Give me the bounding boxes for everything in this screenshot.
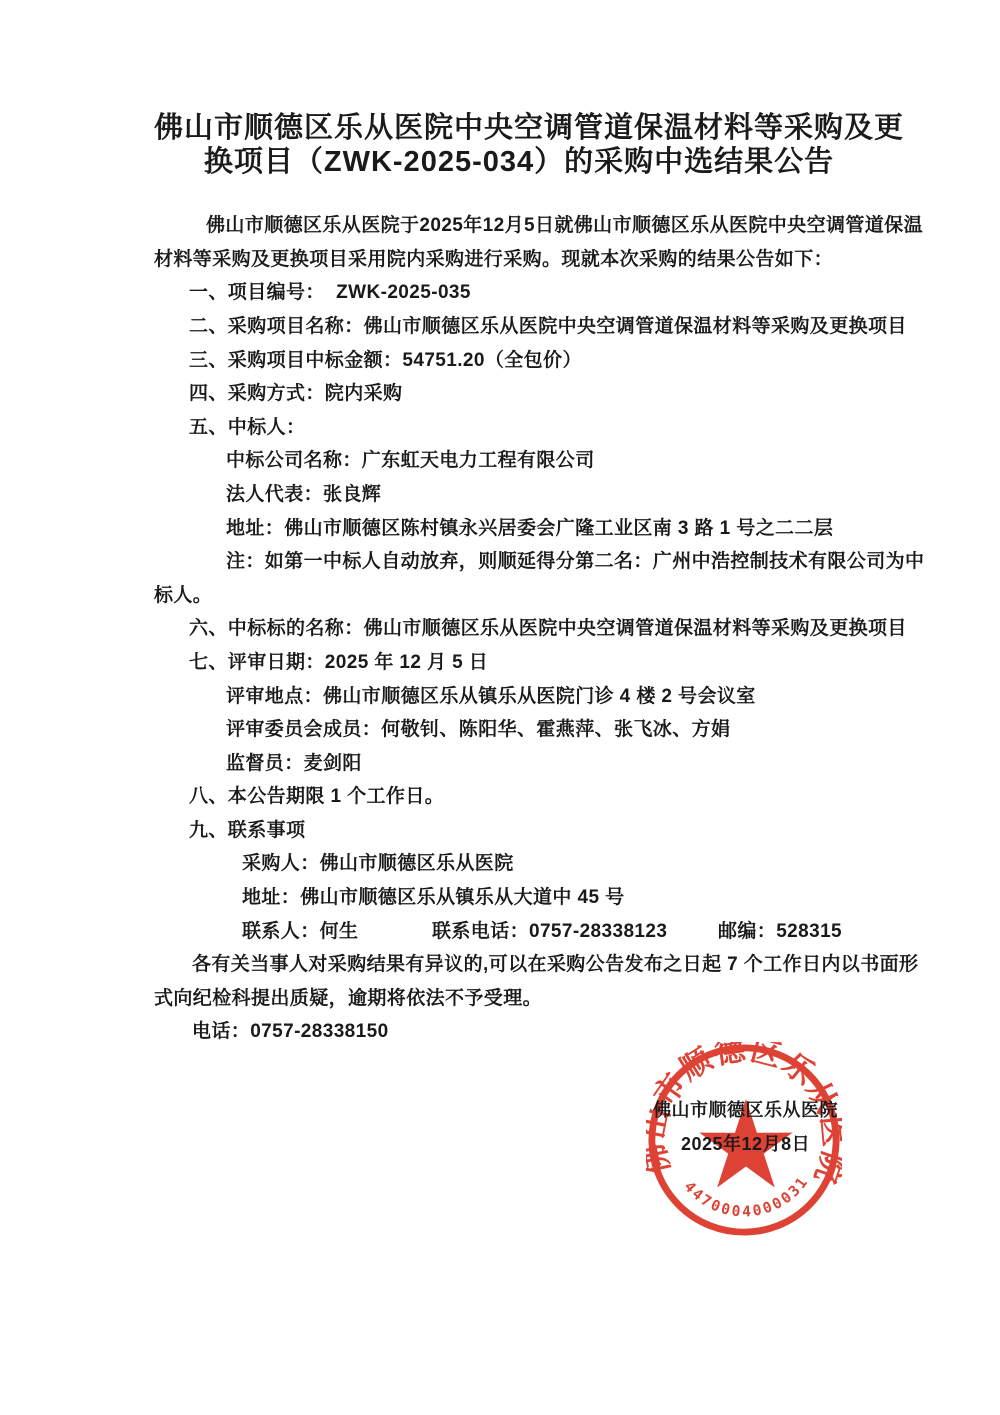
buyer-address: 地址：佛山市顺德区乐从镇乐从大道中 45 号: [242, 881, 944, 915]
contact-row: 联系人：何生 联系电话：0757-28338123 邮编：528315: [154, 915, 944, 949]
seal-code-number: 4470004000031: [680, 1173, 812, 1221]
winner-note-line-2: 标人。: [154, 579, 944, 613]
title-line-2: 换项目（ZWK-2025-034）的采购中选结果公告: [154, 146, 884, 180]
review-committee: 评审委员会成员：何敬钊、陈阳华、霍燕萍、张飞冰、方娟: [226, 713, 944, 747]
winner-note-line-1: 注：如第一中标人自动放弃，则顺延得分第二名：广州中浩控制技术有限公司为中: [226, 545, 944, 579]
document-content: 佛山市顺德区乐从医院中央空调管道保温材料等采购及更 换项目（ZWK-2025-0…: [154, 112, 944, 1049]
contact-postal-code: 邮编：528315: [718, 915, 842, 949]
contact-person: 联系人：何生: [242, 915, 358, 949]
item-project-name: 二、采购项目名称：佛山市顺德区乐从医院中央空调管道保温材料等采购及更换项目: [189, 310, 944, 344]
signature-date: 2025年12月8日: [681, 1130, 810, 1156]
review-place: 评审地点：佛山市顺德区乐从镇乐从医院门诊 4 楼 2 号会议室: [226, 680, 944, 714]
intro-line-1: 佛山市顺德区乐从医院于2025年12月5日就佛山市顺德区乐从医院中央空调管道保温: [206, 209, 944, 243]
document-page: 佛山市顺德区乐从医院中央空调管道保温材料等采购及更 换项目（ZWK-2025-0…: [0, 0, 1000, 1415]
buyer-name: 采购人：佛山市顺德区乐从医院: [242, 847, 944, 881]
item-award-amount: 三、采购项目中标金额：54751.20（全包价）: [189, 344, 944, 378]
intro-line-2: 材料等采购及更换项目采用院内采购进行采购。现就本次采购的结果公告如下：: [154, 243, 944, 277]
page-title: 佛山市顺德区乐从医院中央空调管道保温材料等采购及更 换项目（ZWK-2025-0…: [154, 112, 884, 179]
document-body: 佛山市顺德区乐从医院于2025年12月5日就佛山市顺德区乐从医院中央空调管道保温…: [154, 209, 944, 1049]
item-subject-name: 六、中标标的名称：佛山市顺德区乐从医院中央空调管道保温材料等采购及更换项目: [189, 612, 944, 646]
winner-address: 地址：佛山市顺德区陈村镇永兴居委会广隆工业区南 3 路 1 号之二二层: [226, 512, 944, 546]
svg-text:4470004000031: 4470004000031: [680, 1173, 812, 1221]
review-supervisor: 监督员：麦剑阳: [226, 747, 944, 781]
item-project-number: 一、项目编号： ZWK-2025-035: [189, 276, 944, 310]
objection-line-2: 式向纪检科提出质疑，逾期将依法不予受理。: [154, 982, 944, 1016]
winner-company: 中标公司名称：广东虹天电力工程有限公司: [226, 444, 944, 478]
item-winner-heading: 五、中标人：: [189, 411, 944, 445]
item-contact-heading: 九、联系事项: [189, 814, 944, 848]
item-notice-period: 八、本公告期限 1 个工作日。: [189, 780, 944, 814]
objection-line-1: 各有关当事人对采购结果有异议的,可以在采购公告发布之日起 7 个工作日内以书面形: [192, 948, 944, 982]
signature-organization: 佛山市顺德区乐从医院: [653, 1096, 838, 1122]
item-procure-method: 四、采购方式：院内采购: [189, 377, 944, 411]
title-line-1: 佛山市顺德区乐从医院中央空调管道保温材料等采购及更: [154, 112, 884, 146]
contact-phone: 联系电话：0757-28338123: [432, 915, 667, 949]
item-review-date: 七、评审日期：2025 年 12 月 5 日: [189, 646, 944, 680]
winner-legal-rep: 法人代表：张良辉: [226, 478, 944, 512]
